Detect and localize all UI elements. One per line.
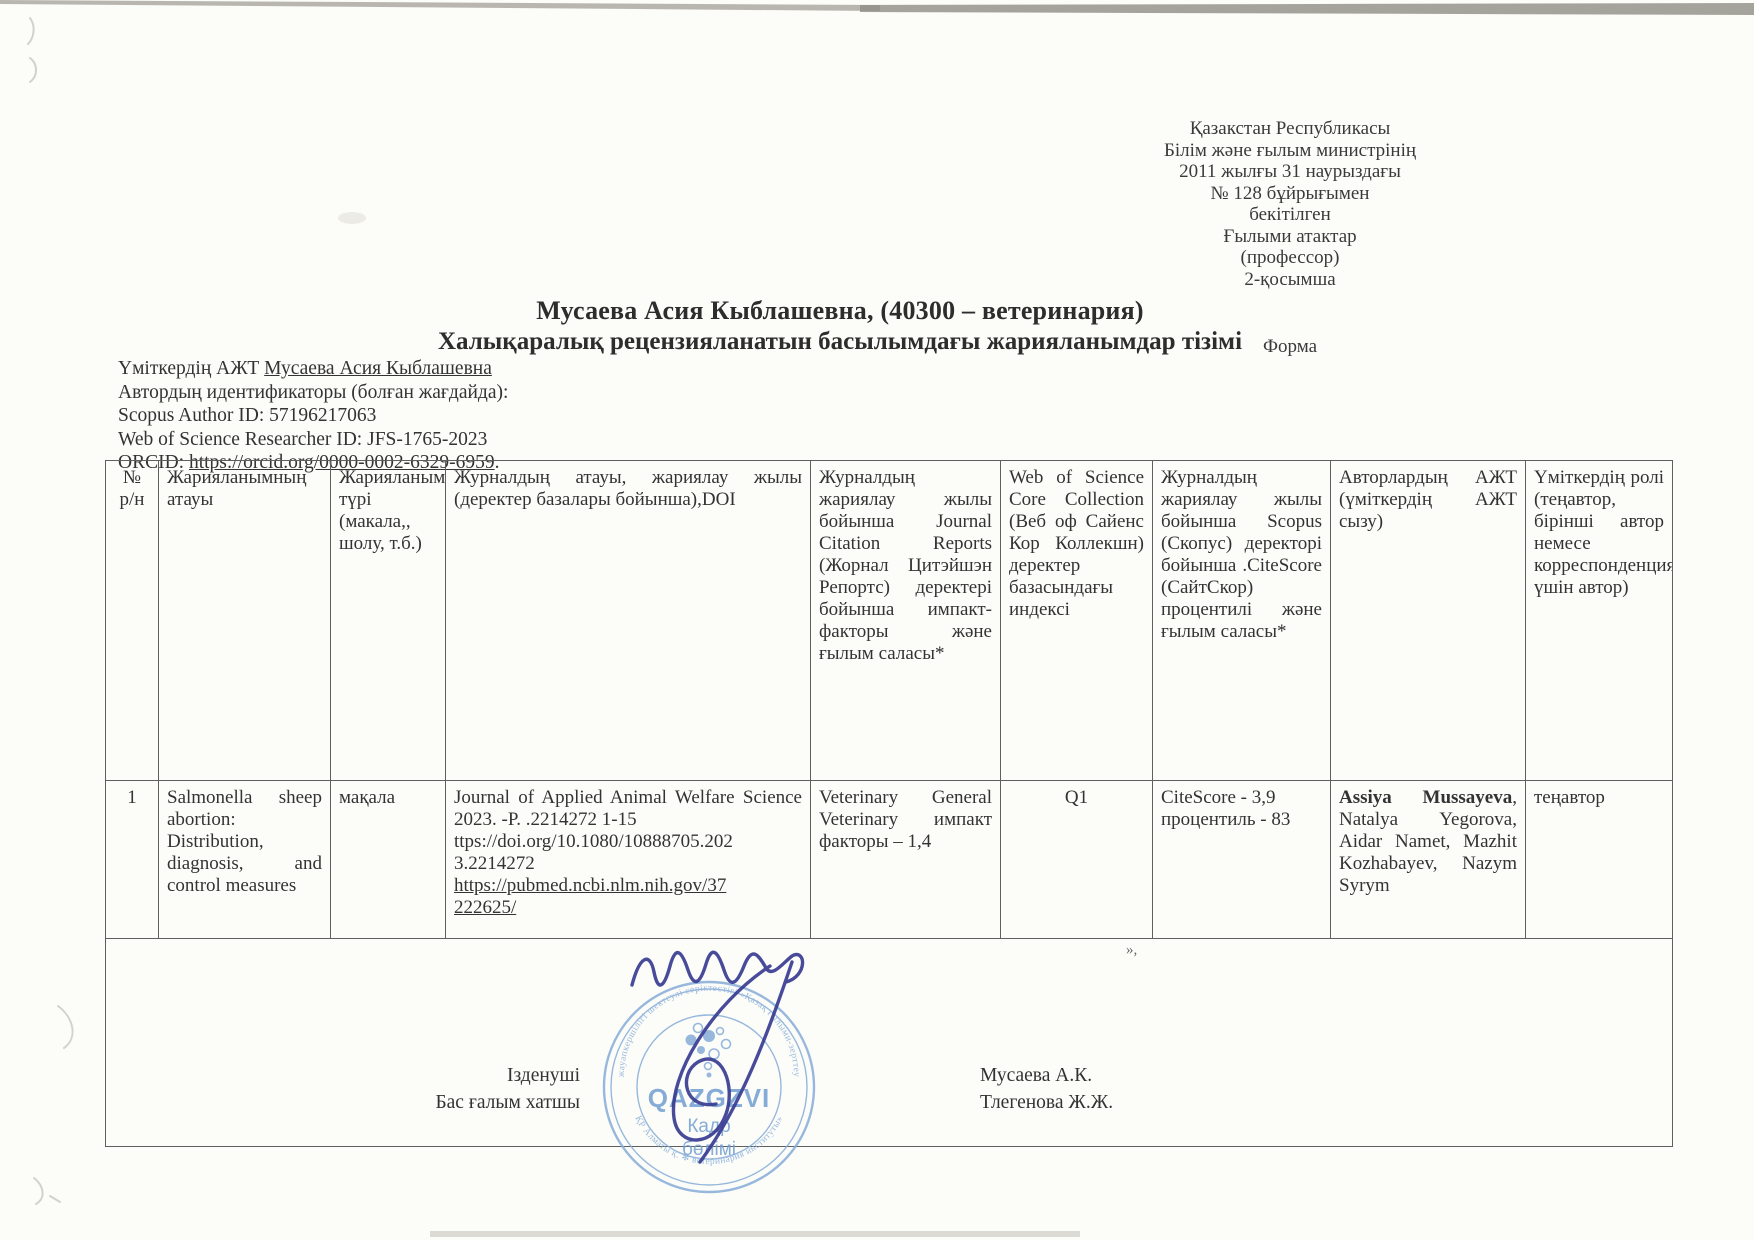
col-header-journal: Журналдың атауы, жариялау жылы (деректер… <box>446 461 811 781</box>
candidate-author-name: Assiya Mussayeva <box>1339 787 1512 808</box>
scanned-document-page: Қазакстан Республикасы Білім және ғылым … <box>0 0 1754 1240</box>
col-header-publication-type: Жарияланым түрі (макала,, шолу, т.б.) <box>331 461 446 781</box>
page-title: Мусаева Асия Кыблашевна, (40300 – ветери… <box>105 296 1575 326</box>
page-subtitle: Халықаралық рецензияланатын басылымдағы … <box>105 328 1575 356</box>
scan-bottom-band <box>430 1231 1080 1237</box>
stamp-department-line: Кадр <box>687 1116 730 1137</box>
col-header-citescore: Журналдың жариялау жылы бойынша Scopus (… <box>1153 461 1331 781</box>
scan-smudge <box>338 212 366 224</box>
col-header-authors: Авторлардың АЖТ (үміткердің АЖТ сызу) <box>1331 461 1526 781</box>
applicant-fio-label: Үміткердің АЖТ <box>118 358 264 379</box>
cell-wos-quartile: Q1 <box>1001 781 1153 939</box>
doi-line: ttps://doi.org/10.1080/10888705.202 <box>454 831 802 853</box>
approval-line: № 128 бұйрығымен <box>1060 183 1520 205</box>
approval-line: Ғылыми атактар <box>1060 226 1520 248</box>
applicant-fio-line: Үміткердің АЖТ Мусаева Асия Кыблашевна <box>118 357 508 381</box>
cell-authors: Assiya Mussayeva, Natalya Yegorova, Aida… <box>1331 781 1526 939</box>
signature-roles: Ізденуші Бас ғалым хатшы <box>330 1062 580 1116</box>
pubmed-link[interactable]: https://pubmed.ncbi.nlm.nih.gov/37 <box>454 875 802 897</box>
cell-number: 1 <box>106 781 159 939</box>
approval-line: Қазакстан Республикасы <box>1060 118 1520 140</box>
col-header-role: Үміткердің ролі (теңавтор, бірінші автор… <box>1526 461 1673 781</box>
approval-line: 2011 жылғы 31 наурыздағы <box>1060 161 1520 183</box>
table-row: 1 Salmonella sheep abortion: Distributio… <box>106 781 1673 939</box>
approval-line: (профессор) <box>1060 247 1520 269</box>
stamp-acronym: QAZGZVI <box>648 1083 771 1113</box>
scopus-author-id: Scopus Author ID: 57196217063 <box>118 404 508 428</box>
signature-role-applicant: Ізденуші <box>330 1062 580 1089</box>
applicant-info: Үміткердің АЖТ Мусаева Асия Кыблашевна А… <box>118 357 508 475</box>
col-header-publication-title: Жарияланымның атауы <box>159 461 331 781</box>
cell-journal: Journal of Applied Animal Welfare Scienc… <box>446 781 811 939</box>
applicant-fio-value: Мусаева Асия Кыблашевна <box>264 358 492 379</box>
publications-table: № р/н Жарияланымның атауы Жарияланым түр… <box>105 460 1673 1147</box>
col-header-jcr-impact: Журналдың жариялау жылы бойынша Journal … <box>811 461 1001 781</box>
pencil-artifacts <box>28 18 73 1204</box>
col-header-wos-index: Web of Science Core Collection (Веб оф С… <box>1001 461 1153 781</box>
wos-researcher-id: Web of Science Researcher ID: JFS-1765-2… <box>118 428 508 452</box>
cell-publication-type: мақала <box>331 781 446 939</box>
approval-line: Білім және ғылым министрінің <box>1060 140 1520 162</box>
signature-name-tlegenova: Тлегенова Ж.Ж. <box>980 1089 1280 1116</box>
approval-line: 2-қосымша <box>1060 269 1520 291</box>
approval-line: бекітілген <box>1060 204 1520 226</box>
pubmed-link[interactable]: 222625/ <box>454 897 802 919</box>
approval-block: Қазакстан Республикасы Білім және ғылым … <box>1060 118 1520 290</box>
cell-publication-title: Salmonella sheep abortion: Distribution,… <box>159 781 331 939</box>
citescore-value: CiteScore - 3,9 <box>1161 787 1322 809</box>
signature-names: Мусаева А.К. Тлегенова Ж.Ж. <box>980 1062 1280 1116</box>
stamp-department-line: бөлімі <box>682 1139 736 1160</box>
doi-line: 3.2214272 <box>454 853 802 875</box>
cell-role: теңавтор <box>1526 781 1673 939</box>
official-stamp: жауапкершілігі шектеулі серіктестігі «Қа… <box>598 976 820 1198</box>
author-ids-heading: Автордың идентификаторы (болған жағдайда… <box>118 381 508 405</box>
cell-citescore: CiteScore - 3,9 процентиль - 83 <box>1153 781 1331 939</box>
cell-jcr-impact: Veterinary General Veterinary импакт фак… <box>811 781 1001 939</box>
stamp-molecule-logo <box>686 1024 731 1078</box>
journal-reference: Journal of Applied Animal Welfare Scienc… <box>454 787 802 830</box>
col-header-number: № р/н <box>106 461 159 781</box>
scan-artifact-mark: », <box>1126 942 1137 959</box>
scan-top-band <box>0 0 1754 15</box>
citescore-percentile: процентиль - 83 <box>1161 809 1322 831</box>
signature-role-secretary: Бас ғалым хатшы <box>330 1089 580 1116</box>
table-header-row: № р/н Жарияланымның атауы Жарияланым түр… <box>106 461 1673 781</box>
signature-name-musaeva: Мусаева А.К. <box>980 1062 1280 1089</box>
